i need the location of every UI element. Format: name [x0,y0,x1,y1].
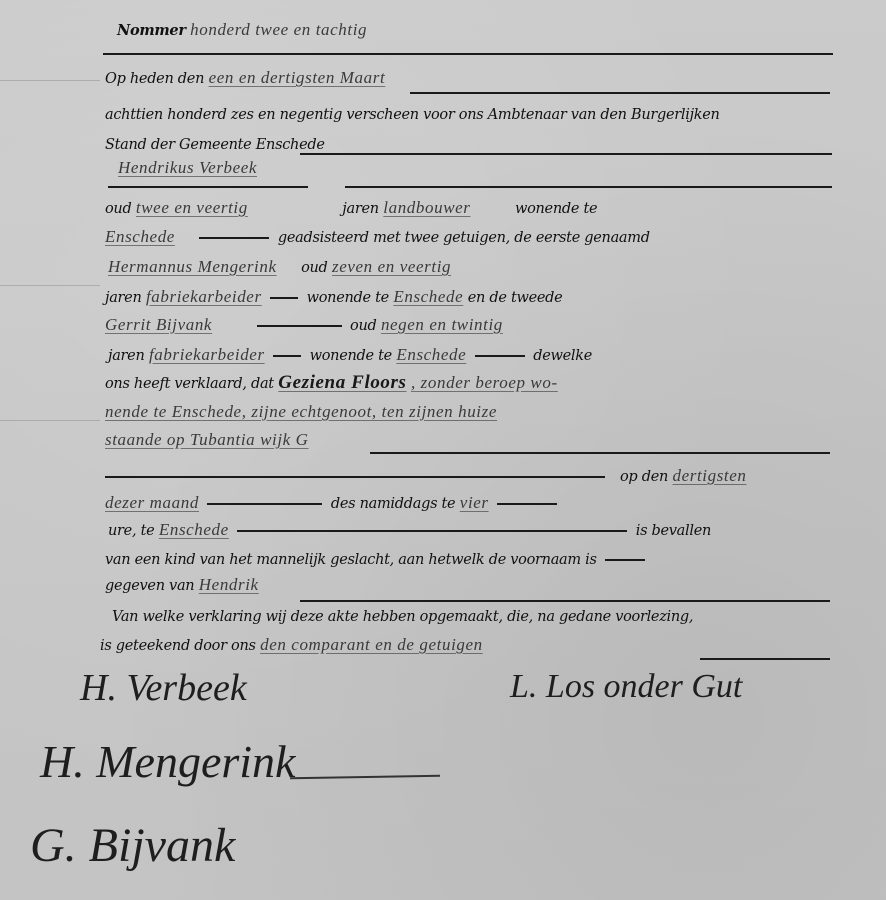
witness1-age: zeven en veertig [332,257,451,276]
witness1-name: Hermannus Mengerink [108,257,277,276]
witness2-occupation: fabriekarbeider [149,345,265,364]
body-line-20: is geteekend door ons den comparant en d… [100,635,483,655]
fill-rule [257,325,342,327]
paper-texture [0,80,100,81]
printed-text: Op heden den [105,71,204,87]
printed-text: is bevallen [636,523,711,539]
fill-rule [270,297,298,299]
printed-text: geadsisteerd met twee getuigen, de eerst… [278,230,650,246]
witness2-residence: Enschede [396,345,466,364]
mother-details: , zonder beroep wo- [411,373,558,392]
birth-certificate-page: Nommer honderd twee en tachtig Op heden … [0,0,886,900]
printed-text: des namiddags te [331,496,455,512]
body-line-6: Enschede geadsisteerd met twee getuigen,… [105,227,650,247]
fill-rule [410,92,830,94]
printed-text: is geteekend door ons [100,638,256,654]
body-line-16: ure, te Enschede is bevallen [108,520,711,540]
witness1-occupation: fabriekarbeider [146,287,262,306]
printed-text: oud [350,318,376,334]
body-line-4: Hendrikus Verbeek [118,158,257,178]
printed-text: jaren [342,201,379,217]
body-line-14: op den dertigsten [620,466,747,486]
body-line-13: staande op Tubantia wijk G [105,430,309,450]
signed-by: den comparant en de getuigen [260,635,483,654]
printed-text: op den [620,469,668,485]
body-line-10: jaren fabriekarbeider wonende te Ensched… [108,345,592,365]
body-line-11: ons heeft verklaard, dat Geziena Floors … [105,372,558,394]
signature-flourish [290,775,440,780]
witness2-age: negen en twintig [381,315,503,334]
witness2-name: Gerrit Bijvank [105,315,212,334]
body-line-1: Op heden den een en dertigsten Maart [105,68,385,88]
birth-hour: vier [460,493,489,512]
signature-official: L. Los onder Gut [510,668,742,706]
fill-rule [237,530,627,532]
house-address: staande op Tubantia wijk G [105,430,309,449]
certificate-number-line: Nommer honderd twee en tachtig [117,20,367,40]
body-line-9: Gerrit Bijvank oud negen en twintig [105,315,503,335]
printed-text: ure, te [108,523,154,539]
body-line-3: Stand der Gemeente Enschede [105,135,325,153]
printed-text: dewelke [533,348,592,364]
printed-text: Van welke verklaring wij deze akte hebbe… [112,609,693,625]
body-line-15: dezer maand des namiddags te vier [105,493,561,513]
witness1-residence: Enschede [393,287,463,306]
printed-text: wonende te [310,348,392,364]
body-line-17: van een kind van het mannelijk geslacht,… [105,550,649,568]
printed-text: van een kind van het mannelijk geslacht,… [105,552,597,568]
printed-text: jaren [108,348,145,364]
fill-rule [700,658,830,660]
declarant-age: twee en veertig [136,198,248,217]
body-line-7: Hermannus Mengerink oud zeven en veertig [108,257,451,277]
birth-place: Enschede [159,520,229,539]
printed-text: en de tweede [468,290,563,306]
fill-rule [105,476,605,478]
printed-text: Stand der Gemeente Enschede [105,137,325,153]
body-line-19: Van welke verklaring wij deze akte hebbe… [112,607,693,625]
body-line-18: gegeven van Hendrik [105,575,259,595]
signature-witness2: G. Bijvank [30,818,235,873]
printed-text: achttien honderd zes en negentig versche… [105,107,720,123]
paper-texture [0,285,100,286]
fill-rule [370,452,830,454]
body-line-12: nende te Enschede, zijne echtgenoot, ten… [105,402,497,422]
date-handwritten: een en dertigsten Maart [209,68,386,87]
fill-rule [199,237,269,239]
header-rule [103,53,833,55]
mother-residence: nende te Enschede, zijne echtgenoot, ten… [105,402,497,421]
child-name: Hendrik [199,575,259,594]
printed-text: wonende te [307,290,389,306]
printed-text: jaren [105,290,142,306]
birth-day: dertigsten [673,466,747,485]
number-label: Nommer [117,22,186,39]
printed-text: oud [301,260,327,276]
fill-rule [273,355,301,357]
birth-month: dezer maand [105,493,199,512]
fill-rule [207,503,322,505]
printed-text: ons heeft verklaard, dat [105,376,274,392]
printed-text: oud [105,201,131,217]
number-value: honderd twee en tachtig [190,20,367,39]
fill-rule [605,559,645,561]
declarant-residence: Enschede [105,227,175,246]
body-line-5: oud twee en veertig jaren landbouwer won… [105,198,597,218]
declarant-occupation: landbouwer [383,198,470,217]
fill-rule [345,186,832,188]
declarant-name: Hendrikus Verbeek [118,158,257,177]
paper-texture [0,420,100,421]
signature-witness1: H. Mengerink [40,735,295,788]
body-line-8: jaren fabriekarbeider wonende te Ensched… [105,287,562,307]
printed-text: wonende te [515,201,597,217]
fill-rule [300,600,830,602]
signature-father: H. Verbeek [80,666,247,710]
body-line-2: achttien honderd zes en negentig versche… [105,105,720,123]
mother-name: Geziena Floors [278,372,406,393]
fill-rule [300,153,832,155]
fill-rule [108,186,308,188]
fill-rule [475,355,525,357]
printed-text: gegeven van [105,578,194,594]
fill-rule [497,503,557,505]
